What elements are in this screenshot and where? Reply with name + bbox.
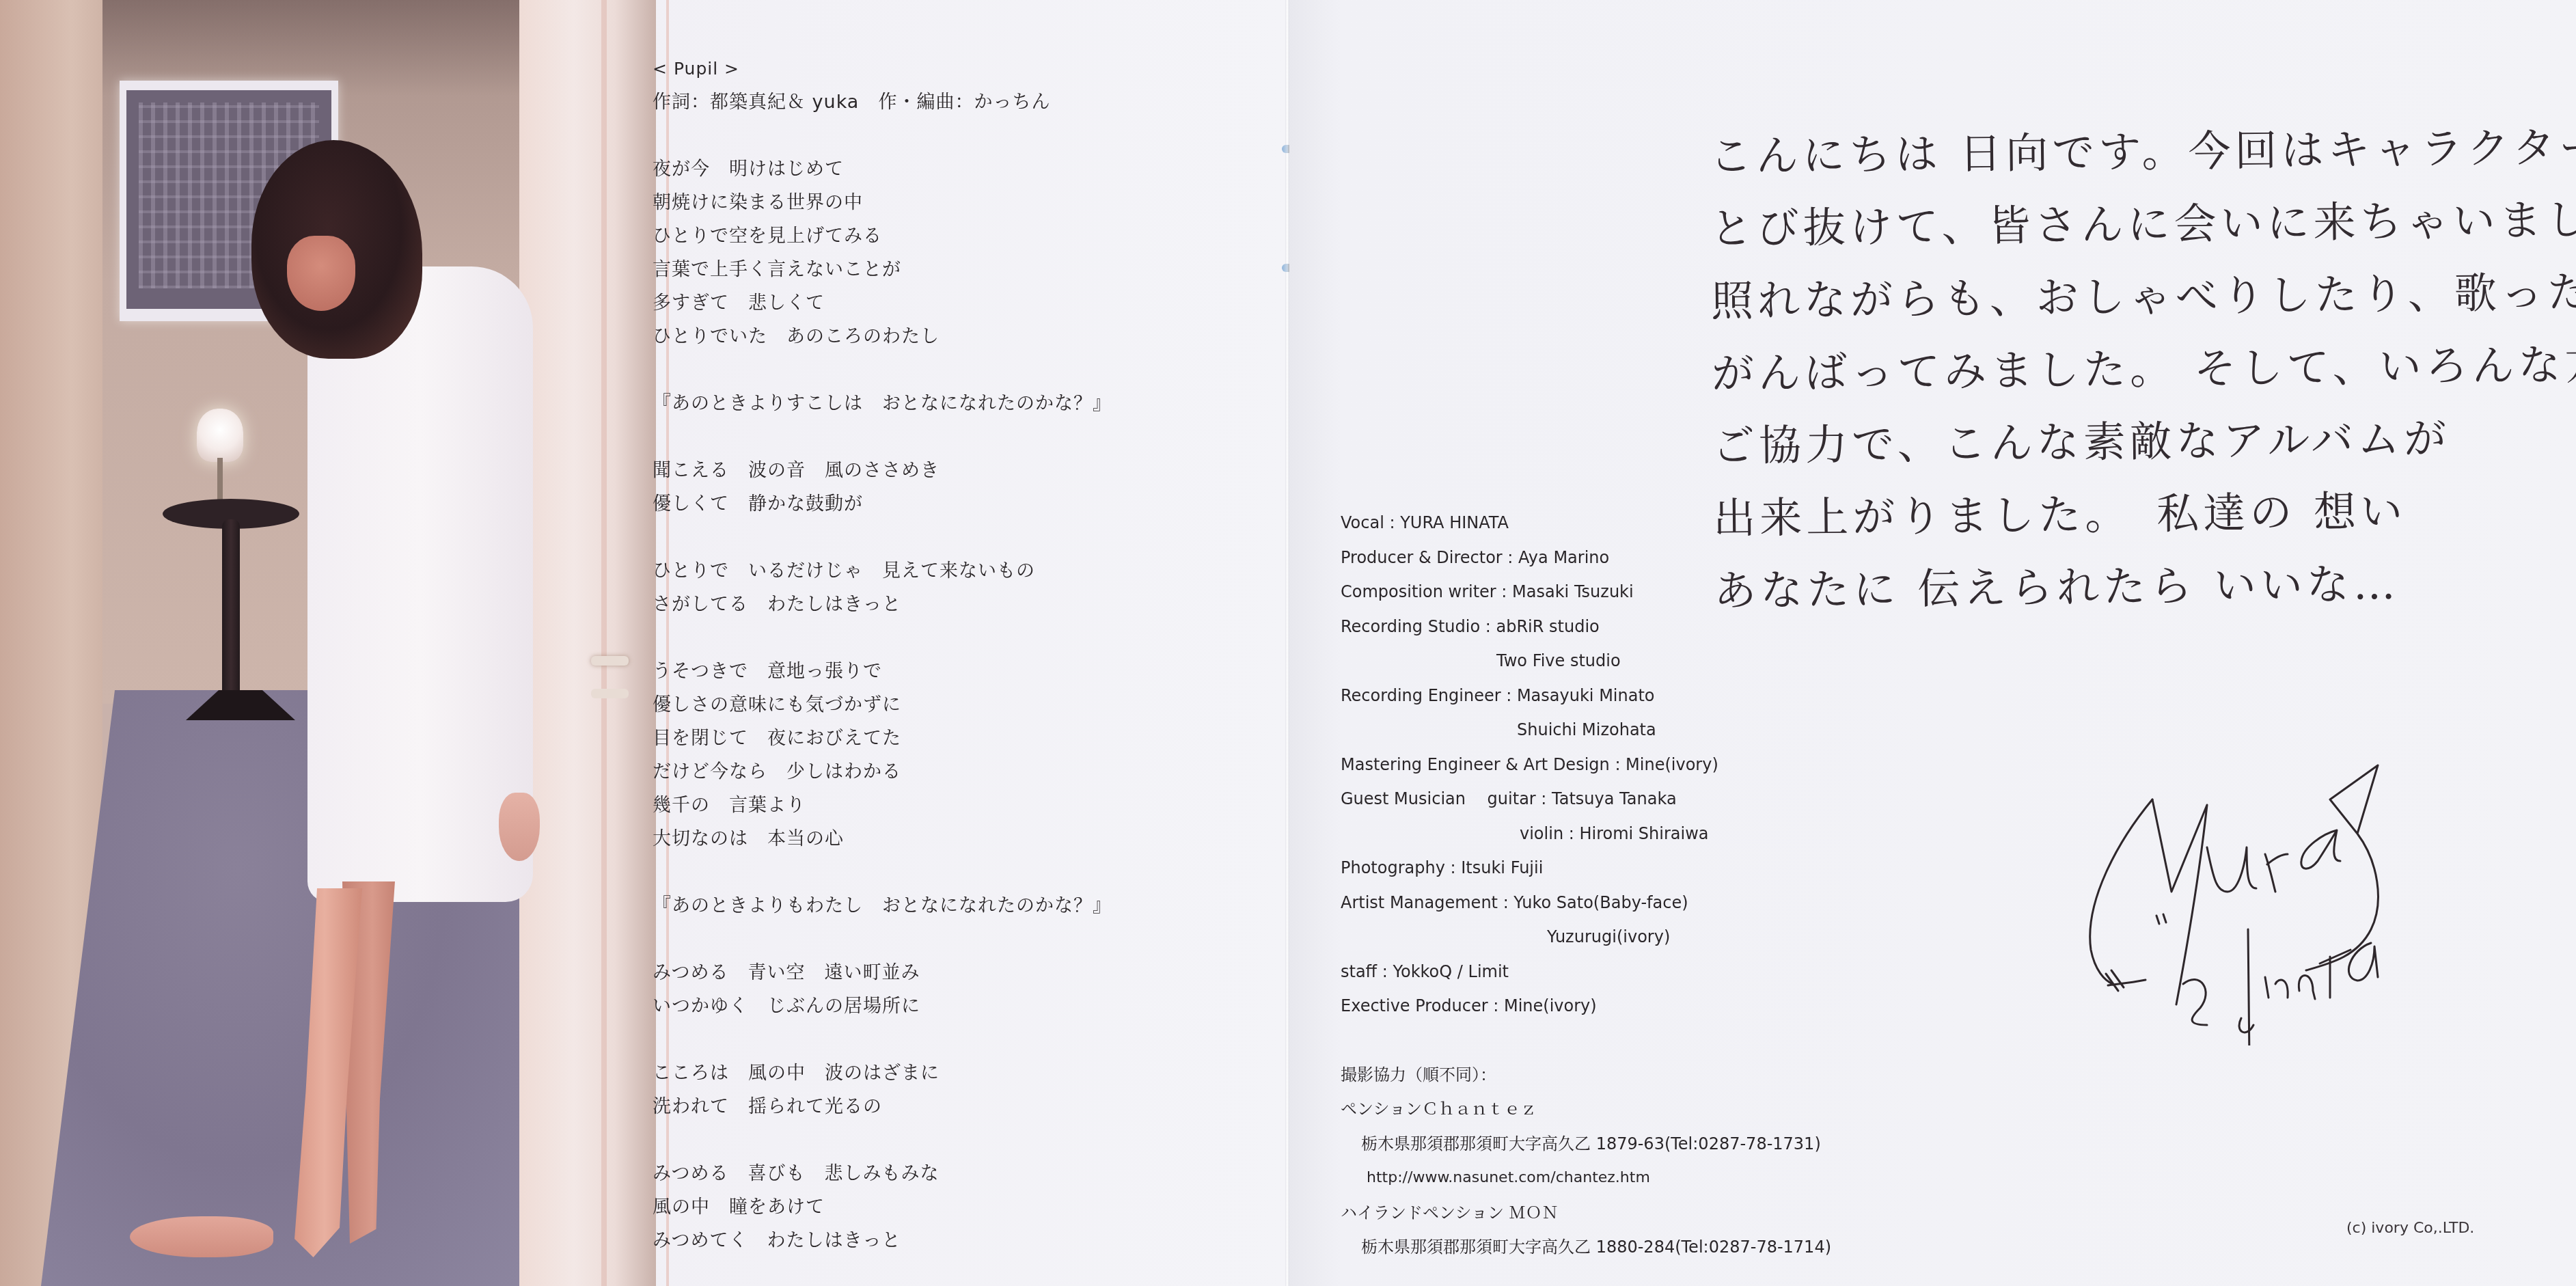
- signature-autograph: [2070, 745, 2426, 1045]
- photo-door-frame: [519, 0, 656, 1286]
- booklet-spread: < Pupil > 作詞：都築真紀＆ yuka 作・編曲：かっちん 夜が今 明け…: [0, 0, 2576, 1286]
- lyrics-block: < Pupil > 作詞：都築真紀＆ yuka 作・編曲：かっちん 夜が今 明け…: [653, 52, 1254, 1257]
- left-page: < Pupil > 作詞：都築真紀＆ yuka 作・編曲：かっちん 夜が今 明け…: [0, 0, 1287, 1286]
- message-line: ご協力で、こんな素敵なアルバムが: [1712, 402, 2533, 483]
- location-url-link[interactable]: http://www.nasunet.com/chantez.htm: [1341, 1161, 1956, 1196]
- credit-row: Mastering Engineer & Art Design : Mine(i…: [1341, 748, 1956, 782]
- lyric-line: さがしてる わたしはきっと: [653, 588, 1254, 621]
- lyric-line: みつめる 青い空 遠い町並み: [653, 956, 1254, 989]
- message-line: がんばってみました。 そして、いろんな方々の: [1711, 329, 2532, 411]
- photo-figure-hand: [499, 793, 540, 861]
- lyric-chorus-line: 『あのときよりすこしは おとなになれたのかな？』: [653, 387, 1254, 420]
- lyric-line: 夜が今 明けはじめて: [653, 152, 1254, 186]
- credit-row: Recording Studio : abRiR studio: [1341, 610, 1956, 644]
- lyric-line: 優しくて 静かな鼓動が: [653, 487, 1254, 521]
- credit-row: Shuichi Mizohata: [1341, 713, 1956, 748]
- location-heading: 撮影協力（順不同）：: [1341, 1058, 1956, 1093]
- lyric-line: 聞こえる 波の音 風のささめき: [653, 454, 1254, 487]
- location-name: ペンションＣｈａｎｔｅｚ: [1341, 1092, 1956, 1127]
- photo-lamp: [197, 409, 243, 462]
- lyric-line: みつめてく わたしはきっと: [653, 1224, 1254, 1257]
- cover-photo: [0, 0, 656, 1286]
- photo-door-edge: [601, 0, 607, 1286]
- credit-row: Exective Producer : Mine(ivory): [1341, 989, 1956, 1024]
- location-address: 栃木県那須郡那須町大字高久乙 1879-63(Tel:0287-78-1731): [1341, 1127, 1956, 1162]
- credit-row: Yuzurugi(ivory): [1341, 920, 1956, 955]
- credit-row: Recording Engineer : Masayuki Minato: [1341, 679, 1956, 713]
- location-address: 栃木県那須郡那須町大字高久乙 1880-284(Tel:0287-78-1714…: [1341, 1230, 1956, 1265]
- lyric-chorus-line: 『あのときよりもわたし おとなになれたのかな？』: [653, 889, 1254, 922]
- lyric-line: 風の中 瞳をあけて: [653, 1190, 1254, 1224]
- message-line: 照れながらも、おしゃべりしたり、歌ったりと: [1710, 257, 2531, 338]
- song-title: < Pupil >: [653, 52, 1254, 85]
- lyric-line: 大切なのは 本当の心: [653, 822, 1254, 856]
- photo-door-handle: [591, 656, 629, 666]
- lyric-line: 多すぎて 悲しくて: [653, 286, 1254, 320]
- credit-row: staff : YokkoQ / Limit: [1341, 955, 1956, 989]
- lyric-line: 目を閉じて 夜におびえてた: [653, 722, 1254, 755]
- photo-figure-face: [287, 236, 355, 311]
- lyric-line: こころは 風の中 波のはざまに: [653, 1056, 1254, 1090]
- photo-table-leg: [222, 519, 240, 717]
- credits-block: Vocal : YURA HINATA Producer & Director …: [1341, 506, 1956, 1265]
- lyric-line: ひとりで空を見上げてみる: [653, 219, 1254, 253]
- credit-row: violin : Hiromi Shiraiwa: [1341, 817, 1956, 851]
- lyric-line: うそつきで 意地っ張りで: [653, 655, 1254, 688]
- lyric-line: ひとりでいた あのころのわたし: [653, 320, 1254, 353]
- photo-figure-shirt: [307, 266, 533, 902]
- lyric-line: いつかゆく じぶんの居場所に: [653, 989, 1254, 1023]
- credit-row: Two Five studio: [1341, 644, 1956, 679]
- lyric-line: ひとりで いるだけじゃ 見えて来ないもの: [653, 554, 1254, 588]
- lyric-line: 朝焼けに染まる世界の中: [653, 186, 1254, 219]
- credit-row: Guest Musician guitar : Tatsuya Tanaka: [1341, 782, 1956, 817]
- location-name: ハイランドペンション ＭＯＮ: [1341, 1196, 1956, 1231]
- credit-row: Composition writer : Masaki Tsuzuki: [1341, 575, 1956, 610]
- copyright-notice: (c) ivory Co,.LTD.: [2346, 1220, 2474, 1237]
- message-line: とび抜けて、皆さんに会いに来ちゃいましたー!!: [1710, 184, 2530, 266]
- message-line: こんにちは 日向です。今回はキャラクターから: [1709, 112, 2530, 193]
- photo-figure-foot: [130, 1216, 273, 1257]
- lyric-line: 優しさの意味にも気づかずに: [653, 688, 1254, 722]
- lyric-line: みつめる 喜びも 悲しみもみな: [653, 1157, 1254, 1190]
- lyric-line: だけど今なら 少しはわかる: [653, 755, 1254, 789]
- song-credit-line: 作詞：都築真紀＆ yuka 作・編曲：かっちん: [653, 85, 1254, 119]
- lyric-line: 幾千の 言葉より: [653, 789, 1254, 822]
- credit-row: Producer & Director : Aya Marino: [1341, 541, 1956, 575]
- lyric-line: 言葉で上手く言えないことが: [653, 253, 1254, 286]
- lyric-line: 洗われて 揺られて光るの: [653, 1090, 1254, 1123]
- credit-row: Photography : Itsuki Fujii: [1341, 851, 1956, 886]
- credit-row: Artist Management : Yuko Sato(Baby-face): [1341, 886, 1956, 920]
- credit-row: Vocal : YURA HINATA: [1341, 506, 1956, 541]
